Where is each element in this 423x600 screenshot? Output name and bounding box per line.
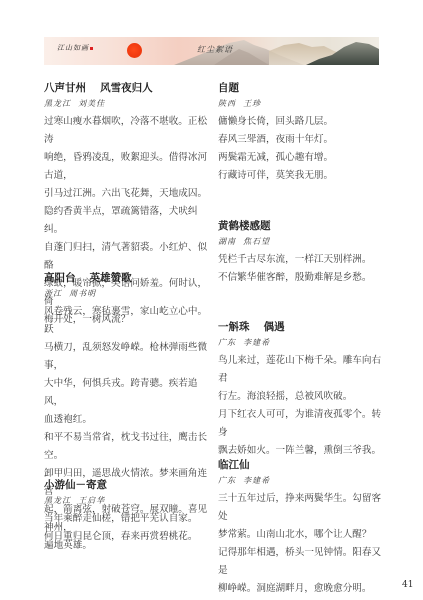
poem-line: 过寒山瘦水暮烟吹，冷落不堪收。正松涛 <box>44 113 212 149</box>
poem-line: 大中华，何惧兵戎。跨青骢。疾若追风， <box>44 375 212 411</box>
poem-title: 小游仙－寄意 <box>44 478 212 492</box>
poem-title: 黄鹤楼感题 <box>218 219 388 233</box>
poem-body: 三十五年过后，挣来两鬓华生。勾留客处 梦常萦。山南山北水，哪个让人醒？ 记得那年… <box>218 490 390 598</box>
poem-line: 记得那年相遇，桥头一见钟情。阳春又是 <box>218 544 390 580</box>
poem-line: 不信繁华催客醉，殷勤难解是乡愁。 <box>218 269 388 287</box>
poem-title: 高阳台 英雄赞歌 <box>44 271 212 285</box>
poem-body: 鸟儿来过，莲花山下梅千朵。雕车向右君 行左。海浪轻摇，总被风吹破。 月下红衣人可… <box>218 352 390 460</box>
poem-line: 当年乘醉走仙槎，错把平芜认自家。 <box>44 510 212 528</box>
poem-title: 临江仙 <box>218 458 390 472</box>
poem-line: 柳峥嵘。洞庭湖畔月，愈晚愈分明。 <box>218 580 390 598</box>
seal-icon <box>90 47 93 50</box>
poem-author: 黑龙江 刘美佳 <box>44 98 212 110</box>
poem-line: 何日重归昆仑顶，春来再赏碧桃花。 <box>44 528 212 546</box>
poem-line: 马横刀，乱须怒发峥嵘。枪林弹雨些微事， <box>44 339 212 375</box>
poem-yihuzhu: 一斛珠 偶遇 广东 李建希 鸟儿来过，莲花山下梅千朵。雕车向右君 行左。海浪轻摇… <box>218 320 390 460</box>
poem-body: 当年乘醉走仙槎，错把平芜认自家。 何日重归昆仑顶，春来再赏碧桃花。 <box>44 510 212 546</box>
poem-line: 行藏诗可伴，莫笑我无朋。 <box>218 167 388 185</box>
poem-line: 两鬓霜无减，孤心趣有增。 <box>218 149 388 167</box>
poem-line: 隐约香黄半点，罩疏篱错落，犬吠纠纠。 <box>44 203 212 239</box>
poem-title: 一斛珠 偶遇 <box>218 320 390 334</box>
poem-xiaoyouxian: 小游仙－寄意 黑龙江 王启华 当年乘醉走仙槎，错把平芜认自家。 何日重归昆仑顶，… <box>44 478 212 546</box>
banner-brand: 江山如画 <box>57 43 93 53</box>
poem-body: 傭懒身长倚，回头路几层。 春风三斝酒，夜雨十年灯。 两鬓霜无减，孤心趣有增。 行… <box>218 113 388 185</box>
poem-line: 梦常萦。山南山北水，哪个让人醒？ <box>218 526 390 544</box>
poem-author: 广东 李建希 <box>218 475 390 487</box>
poem-line: 血透袍红。 <box>44 411 212 429</box>
page-number: 41 <box>402 580 413 590</box>
poem-author: 浙江 周书明 <box>44 288 212 300</box>
poem-title: 自题 <box>218 81 388 95</box>
poem-author: 湖南 焦石望 <box>218 236 388 248</box>
poem-author: 陕西 王珍 <box>218 98 388 110</box>
poem-line: 鸟儿来过，莲花山下梅千朵。雕车向右君 <box>218 352 390 388</box>
poem-line: 三十五年过后，挣来两鬓华生。勾留客处 <box>218 490 390 526</box>
poem-line: 凭栏千古尽东流，一样江天别样洲。 <box>218 251 388 269</box>
poem-author: 广东 李建希 <box>218 337 390 349</box>
poem-ziti: 自题 陕西 王珍 傭懒身长倚，回头路几层。 春风三斝酒，夜雨十年灯。 两鬓霜无减… <box>218 81 388 185</box>
poem-title: 八声甘州 风雪夜归人 <box>44 81 212 95</box>
poem-line: 行左。海浪轻摇，总被风吹破。 <box>218 388 390 406</box>
poem-body: 凭栏千古尽东流，一样江天别样洲。 不信繁华催客醉，殷勤难解是乡愁。 <box>218 251 388 287</box>
header-banner: 江山如画 红尘絮语 <box>44 37 379 65</box>
poem-line: 风卷残云，寒毡裹雪，家山屹立心中。跃 <box>44 303 212 339</box>
poem-line: 傭懒身长倚，回头路几层。 <box>218 113 388 131</box>
banner-section-title: 红尘絮语 <box>197 44 233 55</box>
red-sun-icon <box>127 43 142 58</box>
poem-author: 黑龙江 王启华 <box>44 495 212 507</box>
poem-line: 和平不易当常省，枕戈书过往，鹰击长空。 <box>44 429 212 465</box>
poem-huanghelou: 黄鹤楼感题 湖南 焦石望 凭栏千古尽东流，一样江天别样洲。 不信繁华催客醉，殷勤… <box>218 219 388 287</box>
poem-line: 月下红衣人可可，为谁清夜孤零个。转身 <box>218 406 390 442</box>
poem-line: 引马过江洲。六出飞花舞，天地成囚。 <box>44 185 212 203</box>
poem-linjiangxian: 临江仙 广东 李建希 三十五年过后，挣来两鬓华生。勾留客处 梦常萦。山南山北水，… <box>218 458 390 598</box>
poem-line: 自蓬门归扫，清气著貂裘。小红炉、似酪 <box>44 239 212 275</box>
poem-line: 响绝，昏鸦凌乱，败絮迎头。借得冰河古道， <box>44 149 212 185</box>
poem-line: 春风三斝酒，夜雨十年灯。 <box>218 131 388 149</box>
